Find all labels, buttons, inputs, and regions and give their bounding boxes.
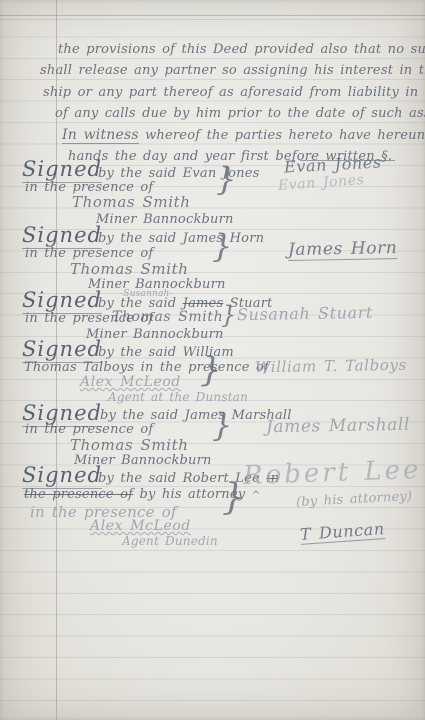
party-signature-susanah-stuart: Susanah Stuart: [237, 303, 373, 324]
paragraph-line-5: In witness whereof the parties hereto ha…: [62, 127, 425, 143]
brace-mark-1: }: [216, 160, 236, 198]
paragraph-line-4: of any calls due by him prior to the dat…: [55, 106, 425, 121]
witness-signature-thomas-smith-2: Thomas Smith: [70, 260, 189, 278]
party-signature-robert-lee: Robert Lee: [243, 455, 422, 491]
paragraph-line-3: ship or any part thereof as aforesaid fr…: [43, 85, 425, 100]
attorney-note: (by his attorney): [296, 489, 413, 510]
party-signature-william-talboys: William T. Talboys: [255, 356, 407, 377]
witness-signature-alex-mcleod-1: Alex McLeod: [80, 374, 181, 390]
header-rule-top: [0, 15, 425, 16]
witness-detail-1: Miner Bannockburn: [96, 212, 234, 227]
brace-mark-2: }: [212, 227, 232, 265]
brace-mark-6: }: [222, 477, 245, 518]
witness-role-2: Agent Dunedin: [122, 534, 218, 548]
paragraph-line-5-rest: whereof the parties hereto have hereunto…: [139, 128, 425, 143]
clause-2: by the said James Horn: [98, 231, 264, 246]
in-witness-phrase: In witness: [62, 127, 139, 144]
witness-signature-thomas-smith-3: Thomas Smith: [112, 309, 223, 325]
paragraph-line-1: the provisions of this Deed provided als…: [58, 42, 425, 57]
presence-line-2: in the presence of: [25, 246, 153, 261]
witness-role-1: Agent at the Dunstan: [108, 390, 248, 404]
signed-heading-6: Signed: [22, 463, 102, 489]
party-signature-james-marshall: James Marshall: [266, 415, 410, 438]
caret-mark: ^: [252, 490, 261, 501]
witness-signature-thomas-smith-4: Thomas Smith: [70, 436, 189, 454]
witness-signature-alex-mcleod-2: Alex McLeod: [90, 518, 191, 534]
clause-5: by the said James Marshall: [100, 408, 292, 423]
clause-4-line2: Thomas Talboys in the presence of: [24, 360, 269, 375]
witness-detail-3: Miner Bannockburn: [86, 327, 224, 342]
deed-page: the provisions of this Deed provided als…: [0, 0, 425, 720]
header-rule-bottom: [0, 19, 425, 20]
attorney-signature-t-duncan: T Duncan: [299, 519, 385, 545]
witness-signature-thomas-smith-1: Thomas Smith: [72, 193, 191, 211]
party-signature-james-horn: James Horn: [288, 238, 398, 261]
presence-line-5: in the presence of: [25, 422, 153, 437]
brace-mark-5: }: [212, 406, 232, 444]
paragraph-line-2: shall release any partner so assigning h…: [40, 63, 425, 78]
struck-phrase-presence: the presence of: [24, 487, 133, 502]
party-signature-evan-jones: Evan Jones: [284, 152, 383, 176]
brace-mark-3: }: [221, 301, 236, 329]
brace-mark-4: }: [200, 350, 222, 390]
